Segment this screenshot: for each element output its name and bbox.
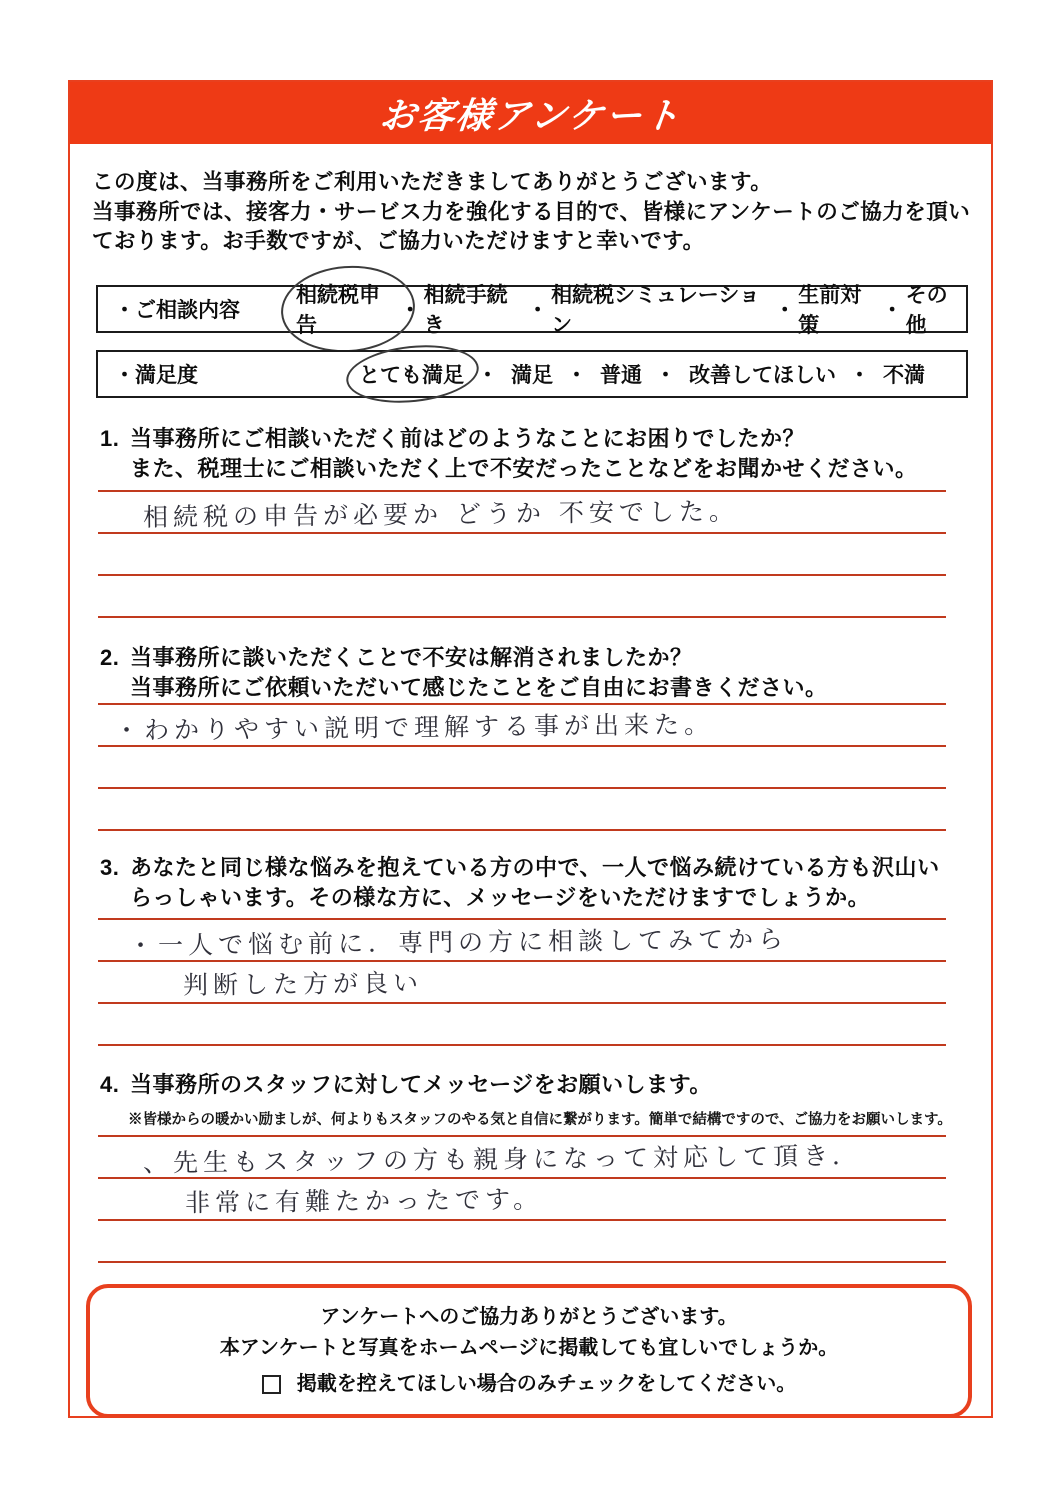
- selected-satisfaction-option: とても満足: [359, 359, 464, 389]
- handwritten-answer: 相続税の申告が必要か どうか 不安でした。: [98, 492, 739, 536]
- question-3-text-line-1: あなたと同じ様な悩みを抱えている方の中で、一人で悩み続けている方も沢山い: [130, 853, 940, 883]
- consultation-type-box: ・ご相談内容 相続税申告 ・ 相続手続き ・ 相続税シミュレーション ・ 生前対…: [96, 285, 968, 333]
- dot-separator: ・: [849, 359, 870, 389]
- answer-line: 非常に有難たかったです。: [98, 1179, 946, 1221]
- footer-line-2: 本アンケートと写真をホームページに掲載しても宜しいでしょうか。: [90, 1333, 968, 1364]
- handwritten-answer: ・わかりやすい説明で理解する事が出来た。: [98, 705, 714, 748]
- handwritten-answer: 非常に有難たかったです。: [98, 1180, 543, 1222]
- question-4-heading: 4. 当事務所のスタッフに対してメッセージをお願いします。: [100, 1070, 712, 1100]
- answer-line: ・一人で悩む前に．専門の方に相談してみてから: [98, 920, 946, 962]
- answer-line: ・わかりやすい説明で理解する事が出来た。: [98, 705, 946, 747]
- answer-line: [98, 747, 946, 789]
- answer-line: 相続税の申告が必要か どうか 不安でした。: [98, 492, 946, 534]
- answer-line: [98, 1221, 946, 1263]
- answer-line: [98, 576, 946, 618]
- footer-line-1: アンケートへのご協力ありがとうございます。: [90, 1302, 968, 1333]
- answer-line: [98, 534, 946, 576]
- question-1-text-line-2: また、税理士にご相談いただく上で不安だったことなどをお聞かせください。: [130, 454, 918, 484]
- answer-line: 、先生もスタッフの方も親身になって対応して頂き．: [98, 1137, 946, 1179]
- question-4-note: ※皆様からの暖かい励ましが、何よりもスタッフのやる気と自信に繋がります。簡単で結…: [128, 1108, 952, 1129]
- dot-separator: ・: [400, 294, 421, 324]
- dot-separator: ・: [566, 359, 587, 389]
- consultation-options: 相続税申告 ・ 相続手続き ・ 相続税シミュレーション ・ 生前対策 ・ その他: [296, 279, 966, 339]
- intro-paragraph: この度は、当事務所をご利用いただきましてありがとうございます。 当事務所では、接…: [92, 168, 970, 257]
- selected-consultation-option: 相続税申告: [296, 279, 397, 339]
- answer-line: 判断した方が良い: [98, 962, 946, 1004]
- intro-line-2: 当事務所では、接客力・サービス力を強化する目的で、皆様にアンケートのご協力を頂い: [92, 198, 970, 228]
- answer-line: [98, 1004, 946, 1046]
- consent-checkbox-label: 掲載を控えてほしい場合のみチェックをしてください。: [297, 1369, 796, 1400]
- question-2-number: 2.: [100, 643, 130, 673]
- consent-checkbox-row: 掲載を控えてほしい場合のみチェックをしてください。: [90, 1369, 968, 1400]
- satisfaction-option: 不満: [883, 359, 925, 389]
- pen-circle-mark: [278, 261, 417, 356]
- satisfaction-label: ・満足度: [98, 359, 359, 389]
- question-2-heading: 2. 当事務所に談いただくことで不安は解消されましたか？ 当事務所にご依頼いただ…: [100, 643, 828, 703]
- satisfaction-option: 改善してほしい: [689, 359, 836, 389]
- dot-separator: ・: [774, 294, 795, 324]
- consultation-option: その他: [906, 279, 966, 339]
- question-4-answer-area: 、先生もスタッフの方も親身になって対応して頂き． 非常に有難たかったです。: [98, 1135, 946, 1263]
- intro-line-3: ております。お手数ですが、ご協力いただけますと幸いです。: [92, 227, 970, 257]
- consultation-option: 相続税シミュレーション: [551, 279, 771, 339]
- page-title: お客様アンケート: [377, 88, 684, 139]
- satisfaction-option: 普通: [600, 359, 642, 389]
- satisfaction-option: とても満足: [359, 364, 464, 387]
- dot-separator: ・: [477, 359, 498, 389]
- consultation-option: 相続税申告: [296, 284, 380, 337]
- dot-separator: ・: [882, 294, 903, 324]
- handwritten-answer: 判断した方が良い: [98, 963, 423, 1003]
- header-band: お客様アンケート: [70, 82, 991, 144]
- question-1-text-line-1: 当事務所にご相談いただく前はどのようなことにお困りでしたか？: [130, 424, 805, 454]
- question-3-number: 3.: [100, 853, 130, 883]
- question-3-text-line-2: らっしゃいます。その様な方に、メッセージをいただけますでしょうか。: [130, 883, 940, 913]
- consent-checkbox[interactable]: [262, 1375, 281, 1394]
- question-4-number: 4.: [100, 1070, 130, 1100]
- satisfaction-box: ・満足度 とても満足 ・ 満足 ・ 普通 ・ 改善してほしい ・ 不満: [96, 350, 968, 398]
- question-3-answer-area: ・一人で悩む前に．専門の方に相談してみてから 判断した方が良い: [98, 918, 946, 1046]
- survey-sheet: お客様アンケート この度は、当事務所をご利用いただきましてありがとうございます。…: [68, 80, 993, 1418]
- footer-consent-box: アンケートへのご協力ありがとうございます。 本アンケートと写真をホームページに掲…: [86, 1284, 972, 1418]
- answer-line: [98, 789, 946, 831]
- question-3-heading: 3. あなたと同じ様な悩みを抱えている方の中で、一人で悩み続けている方も沢山い …: [100, 853, 940, 913]
- consultation-option: 相続手続き: [424, 279, 525, 339]
- satisfaction-options: とても満足 ・ 満足 ・ 普通 ・ 改善してほしい ・ 不満: [359, 359, 966, 389]
- handwritten-answer: 、先生もスタッフの方も親身になって対応して頂き．: [98, 1136, 862, 1181]
- dot-separator: ・: [527, 294, 548, 324]
- satisfaction-option: 満足: [511, 359, 553, 389]
- question-2-text-line-1: 当事務所に談いただくことで不安は解消されましたか？: [130, 643, 693, 673]
- handwritten-answer: ・一人で悩む前に．専門の方に相談してみてから: [98, 919, 788, 963]
- dot-separator: ・: [655, 359, 676, 389]
- consultation-option: 生前対策: [798, 279, 878, 339]
- question-1-heading: 1. 当事務所にご相談いただく前はどのようなことにお困りでしたか？ また、税理士…: [100, 424, 918, 484]
- question-1-number: 1.: [100, 424, 130, 454]
- consultation-label: ・ご相談内容: [98, 294, 296, 324]
- question-2-answer-area: ・わかりやすい説明で理解する事が出来た。: [98, 703, 946, 831]
- question-1-answer-area: 相続税の申告が必要か どうか 不安でした。: [98, 490, 946, 618]
- question-4-text-line-1: 当事務所のスタッフに対してメッセージをお願いします。: [130, 1070, 712, 1100]
- intro-line-1: この度は、当事務所をご利用いただきましてありがとうございます。: [92, 168, 970, 198]
- question-2-text-line-2: 当事務所にご依頼いただいて感じたことをご自由にお書きください。: [130, 673, 828, 703]
